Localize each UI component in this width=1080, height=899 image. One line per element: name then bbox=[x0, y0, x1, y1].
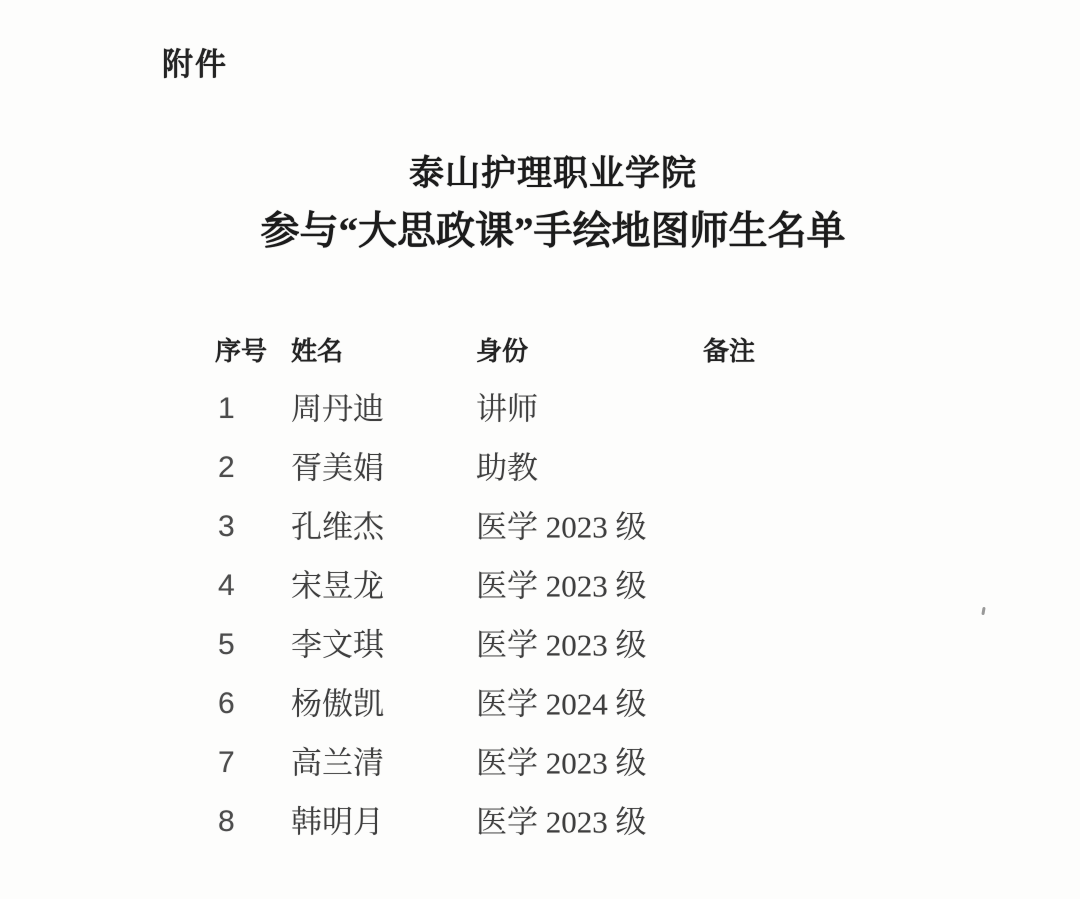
cell-name: 杨傲凯 bbox=[291, 688, 384, 719]
table-row: 3 孔维杰 医学 2023 级 bbox=[215, 497, 935, 556]
cell-name: 宋昱龙 bbox=[291, 570, 384, 601]
col-header-name: 姓名 bbox=[291, 338, 343, 364]
cell-name: 胥美娟 bbox=[291, 452, 384, 483]
cell-name: 韩明月 bbox=[291, 806, 384, 837]
cell-identity: 助教 bbox=[476, 452, 538, 483]
cell-serial: 2 bbox=[218, 453, 235, 483]
table-row: 5 李文琪 医学 2023 级 bbox=[215, 615, 935, 674]
cell-identity: 医学 2023 级 bbox=[476, 629, 647, 660]
table-row: 1 周丹迪 讲师 bbox=[215, 379, 935, 438]
col-header-serial: 序号 bbox=[215, 338, 267, 364]
cell-name: 周丹迪 bbox=[291, 393, 384, 424]
cell-identity: 医学 2023 级 bbox=[476, 747, 647, 778]
participants-table: 序号 姓名 身份 备注 1 周丹迪 讲师 2 胥美娟 助教 3 孔维杰 医学 2… bbox=[215, 322, 935, 851]
cell-serial: 6 bbox=[218, 689, 235, 719]
table-row: 8 韩明月 医学 2023 级 bbox=[215, 792, 935, 851]
scan-speck-artifact bbox=[981, 607, 985, 615]
cell-identity: 讲师 bbox=[476, 393, 538, 424]
cell-name: 高兰清 bbox=[291, 747, 384, 778]
cell-identity: 医学 2023 级 bbox=[476, 806, 647, 837]
table-header-row: 序号 姓名 身份 备注 bbox=[215, 322, 935, 379]
cell-serial: 7 bbox=[218, 748, 235, 778]
cell-serial: 1 bbox=[218, 394, 235, 424]
table-row: 4 宋昱龙 医学 2023 级 bbox=[215, 556, 935, 615]
cell-identity: 医学 2023 级 bbox=[476, 511, 647, 542]
cell-serial: 4 bbox=[218, 571, 235, 601]
cell-serial: 8 bbox=[218, 807, 235, 837]
cell-identity: 医学 2023 级 bbox=[476, 570, 647, 601]
col-header-remark: 备注 bbox=[703, 338, 755, 364]
scanned-document-page: 附件 泰山护理职业学院 参与“大思政课”手绘地图师生名单 序号 姓名 身份 备注… bbox=[0, 0, 1080, 899]
table-row: 2 胥美娟 助教 bbox=[215, 438, 935, 497]
doc-title-line2: 参与“大思政课”手绘地图师生名单 bbox=[0, 200, 1080, 256]
col-header-identity: 身份 bbox=[476, 338, 528, 364]
cell-name: 孔维杰 bbox=[291, 511, 384, 542]
doc-title-line1: 泰山护理职业学院 bbox=[0, 146, 1080, 196]
cell-name: 李文琪 bbox=[291, 629, 384, 660]
cell-serial: 5 bbox=[218, 630, 235, 660]
table-row: 7 高兰清 医学 2023 级 bbox=[215, 733, 935, 792]
table-row: 6 杨傲凯 医学 2024 级 bbox=[215, 674, 935, 733]
cell-identity: 医学 2024 级 bbox=[476, 688, 647, 719]
attachment-label: 附件 bbox=[162, 39, 228, 84]
cell-serial: 3 bbox=[218, 512, 235, 542]
